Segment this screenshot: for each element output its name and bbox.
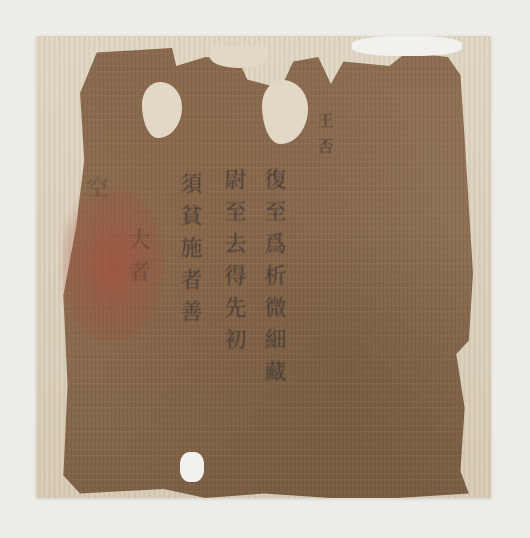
paper-hole-bottom [180, 452, 204, 482]
text-column-6: 空 [84, 176, 106, 208]
text-column-2: 復至爲析微細藏 [262, 168, 284, 392]
text-column-5: 大者 [126, 228, 148, 292]
paper-tear-top-right [352, 36, 462, 56]
text-column-1: 王否 [316, 112, 332, 164]
paper-notch-top [210, 46, 268, 68]
text-column-4: 須貧施者善 [178, 172, 200, 332]
text-column-3: 尉至去得先初 [222, 168, 244, 360]
